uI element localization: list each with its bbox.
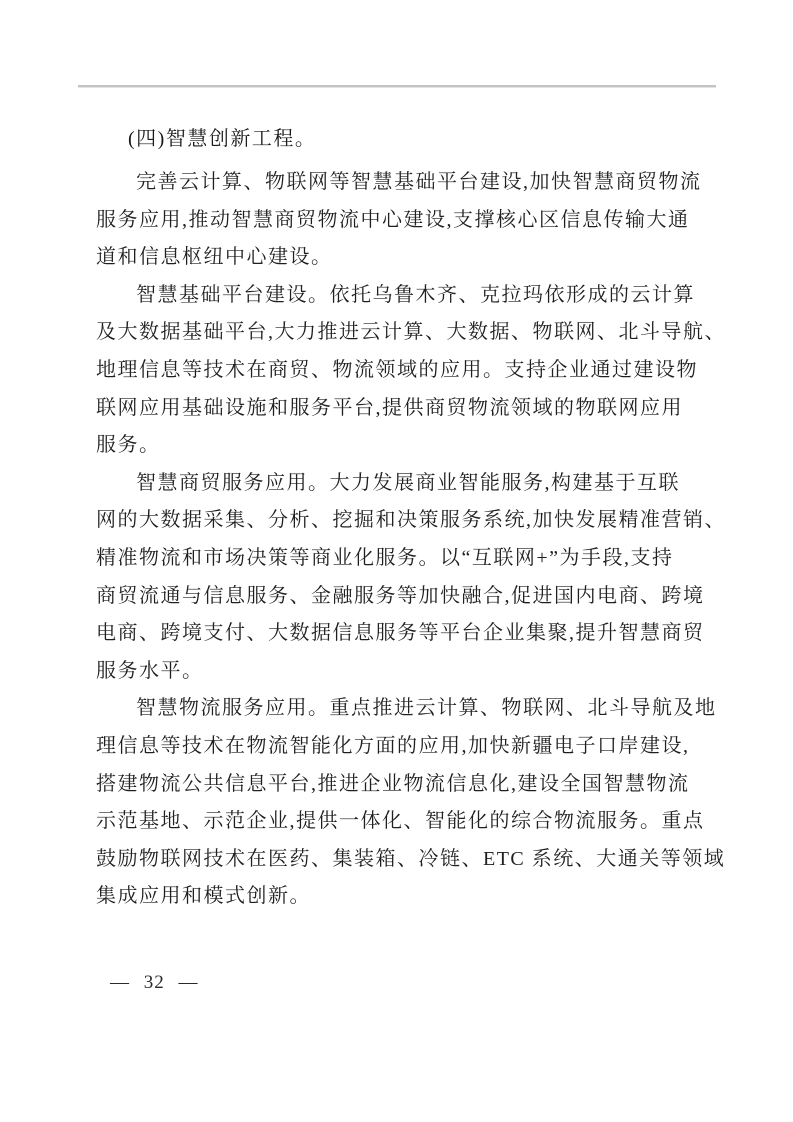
header-rule — [78, 85, 716, 88]
text-line: 服务。 — [96, 427, 702, 465]
text-line: 道和信息枢纽中心建设。 — [96, 239, 702, 277]
text-line: 集成应用和模式创新。 — [96, 878, 702, 916]
text-line: 商贸流通与信息服务、金融服务等加快融合,促进国内电商、跨境 — [96, 578, 702, 616]
text-line: 理信息等技术在物流智能化方面的应用,加快新疆电子口岸建设, — [96, 728, 702, 766]
paragraph: 智慧物流服务应用。重点推进云计算、物联网、北斗导航及地 理信息等技术在物流智能化… — [96, 690, 702, 916]
paragraph: 智慧商贸服务应用。大力发展商业智能服务,构建基于互联 网的大数据采集、分析、挖掘… — [96, 465, 702, 691]
text-line: 搭建物流公共信息平台,推进企业物流信息化,建设全国智慧物流 — [96, 766, 702, 804]
text-line: 地理信息等技术在商贸、物流领域的应用。支持企业通过建设物 — [96, 352, 702, 390]
text-line: 服务应用,推动智慧商贸物流中心建设,支撑核心区信息传输大通 — [96, 202, 702, 240]
text-line: 网的大数据采集、分析、挖掘和决策服务系统,加快发展精准营销、 — [96, 502, 702, 540]
document-page: (四)智慧创新工程。 完善云计算、物联网等智慧基础平台建设,加快智慧商贸物流 服… — [0, 0, 793, 1122]
section-heading: (四)智慧创新工程。 — [96, 120, 702, 158]
paragraph: 智慧基础平台建设。依托乌鲁木齐、克拉玛依形成的云计算 及大数据基础平台,大力推进… — [96, 277, 702, 465]
document-content: (四)智慧创新工程。 完善云计算、物联网等智慧基础平台建设,加快智慧商贸物流 服… — [96, 120, 702, 916]
text-line: 示范基地、示范企业,提供一体化、智能化的综合物流服务。重点 — [96, 803, 702, 841]
text-line: 鼓励物联网技术在医药、集装箱、冷链、ETC 系统、大通关等领域 — [96, 841, 702, 879]
text-line: 及大数据基础平台,大力推进云计算、大数据、物联网、北斗导航、 — [96, 314, 702, 352]
text-line: 电商、跨境支付、大数据信息服务等平台企业集聚,提升智慧商贸 — [96, 615, 702, 653]
text-line: 智慧物流服务应用。重点推进云计算、物联网、北斗导航及地 — [96, 690, 702, 728]
text-line: 智慧商贸服务应用。大力发展商业智能服务,构建基于互联 — [96, 465, 702, 503]
text-line: 智慧基础平台建设。依托乌鲁木齐、克拉玛依形成的云计算 — [96, 277, 702, 315]
text-line: 服务水平。 — [96, 653, 702, 691]
text-line: 精准物流和市场决策等商业化服务。以“互联网+”为手段,支持 — [96, 540, 702, 578]
text-line: 完善云计算、物联网等智慧基础平台建设,加快智慧商贸物流 — [96, 164, 702, 202]
text-line: 联网应用基础设施和服务平台,提供商贸物流领域的物联网应用 — [96, 390, 702, 428]
paragraph: 完善云计算、物联网等智慧基础平台建设,加快智慧商贸物流 服务应用,推动智慧商贸物… — [96, 164, 702, 277]
page-number: — 32 — — [110, 972, 199, 994]
